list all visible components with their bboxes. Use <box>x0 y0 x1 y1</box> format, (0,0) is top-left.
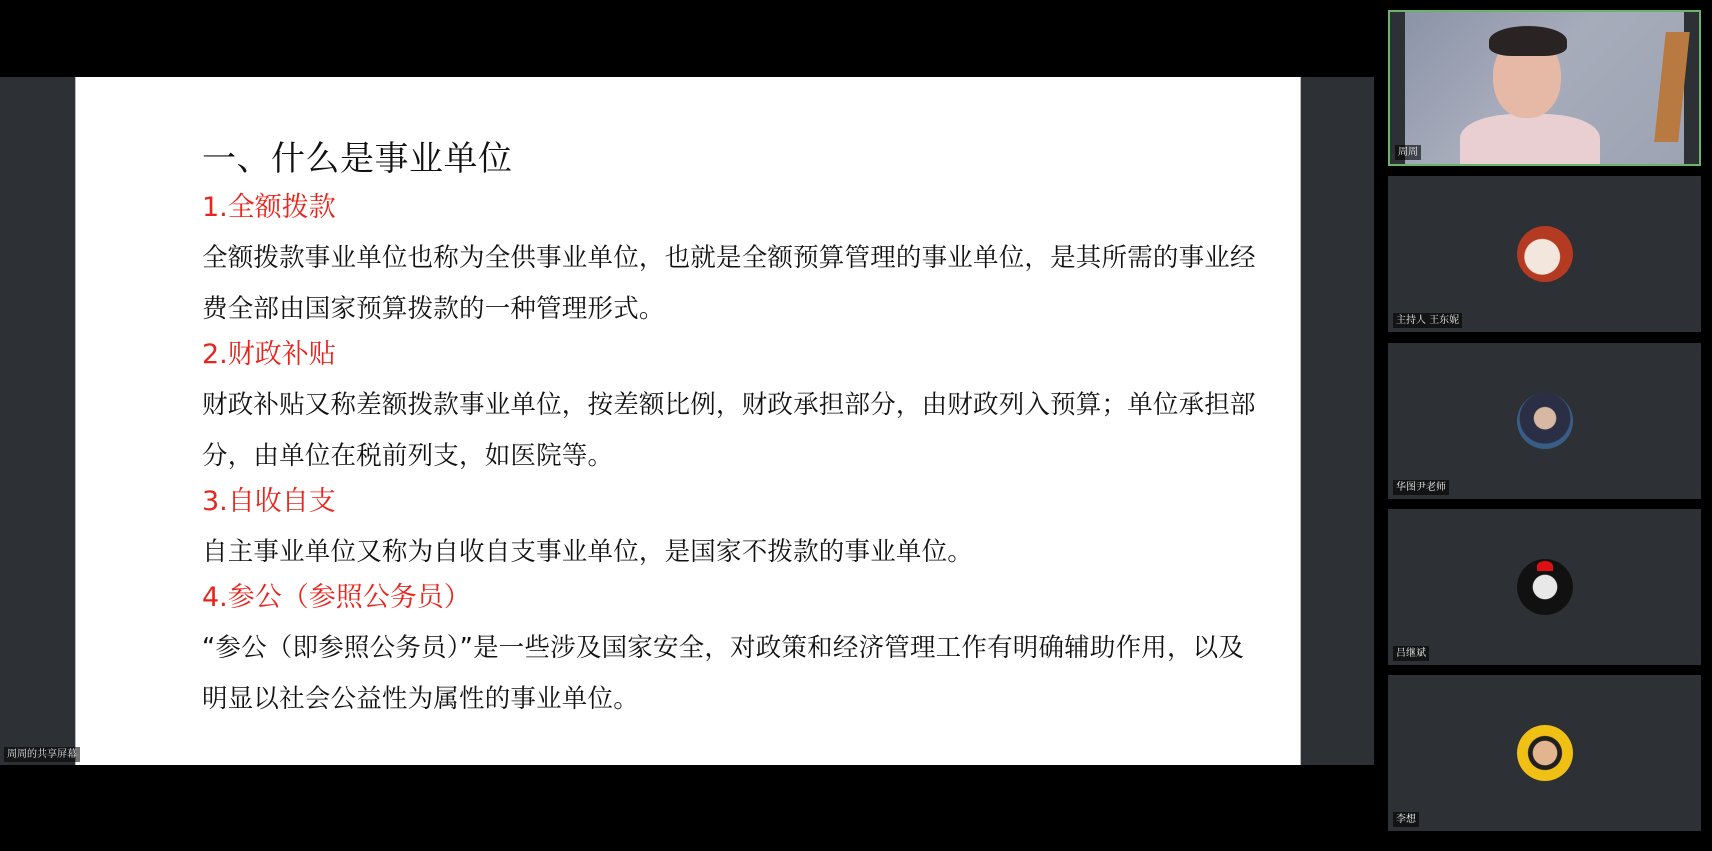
participant-tile[interactable]: 李想 <box>1388 675 1701 831</box>
section-heading-self-funded: 3.自收自支 <box>202 483 1262 521</box>
participant-tile[interactable]: 主持人 王东妮 <box>1388 176 1701 332</box>
avatar <box>1517 559 1573 615</box>
screen-share-area: 一、什么是事业单位 1.全额拨款 全额拨款事业单位也称为全供事业单位，也就是全额… <box>0 77 1374 765</box>
participant-video <box>1405 12 1684 164</box>
participant-name: 周周 <box>1395 145 1421 160</box>
avatar <box>1517 725 1573 781</box>
section-body-full-funding: 全额拨款事业单位也称为全供事业单位，也就是全额预算管理的事业单位，是其所需的事业… <box>202 233 1262 335</box>
section-body-fiscal-subsidy: 财政补贴又称差额拨款事业单位，按差额比例，财政承担部分，由财政列入预算；单位承担… <box>202 380 1262 482</box>
screen-share-label: 周周的共享屏幕 <box>4 747 80 762</box>
slide-title: 一、什么是事业单位 <box>202 139 1262 179</box>
section-heading-civil-servant-reference: 4.参公（参照公务员） <box>202 579 1262 617</box>
avatar <box>1517 393 1573 449</box>
slide-content: 一、什么是事业单位 1.全额拨款 全额拨款事业单位也称为全供事业单位，也就是全额… <box>202 139 1262 726</box>
background-door <box>1654 32 1690 142</box>
participant-name: 华图尹老师 <box>1393 480 1449 495</box>
participant-name: 主持人 王东妮 <box>1393 313 1462 328</box>
section-body-civil-servant-reference: “参公（即参照公务员）”是一些涉及国家安全，对政策和经济管理工作有明确辅助作用，… <box>202 623 1262 725</box>
participant-tile[interactable]: 吕继斌 <box>1388 509 1701 665</box>
avatar <box>1517 226 1573 282</box>
section-heading-fiscal-subsidy: 2.财政补贴 <box>202 336 1262 374</box>
section-body-self-funded: 自主事业单位又称为自收自支事业单位，是国家不拨款的事业单位。 <box>202 527 1262 578</box>
section-heading-full-funding: 1.全额拨款 <box>202 189 1262 227</box>
video-person-hair <box>1489 26 1567 56</box>
video-person-shirt <box>1460 114 1600 166</box>
participant-name: 李想 <box>1393 812 1419 827</box>
participant-tile[interactable]: 华图尹老师 <box>1388 343 1701 499</box>
presentation-slide: 一、什么是事业单位 1.全额拨款 全额拨款事业单位也称为全供事业单位，也就是全额… <box>76 77 1300 765</box>
participant-name: 吕继斌 <box>1393 646 1429 661</box>
participant-tile-active-speaker[interactable]: 周周 <box>1388 10 1701 166</box>
